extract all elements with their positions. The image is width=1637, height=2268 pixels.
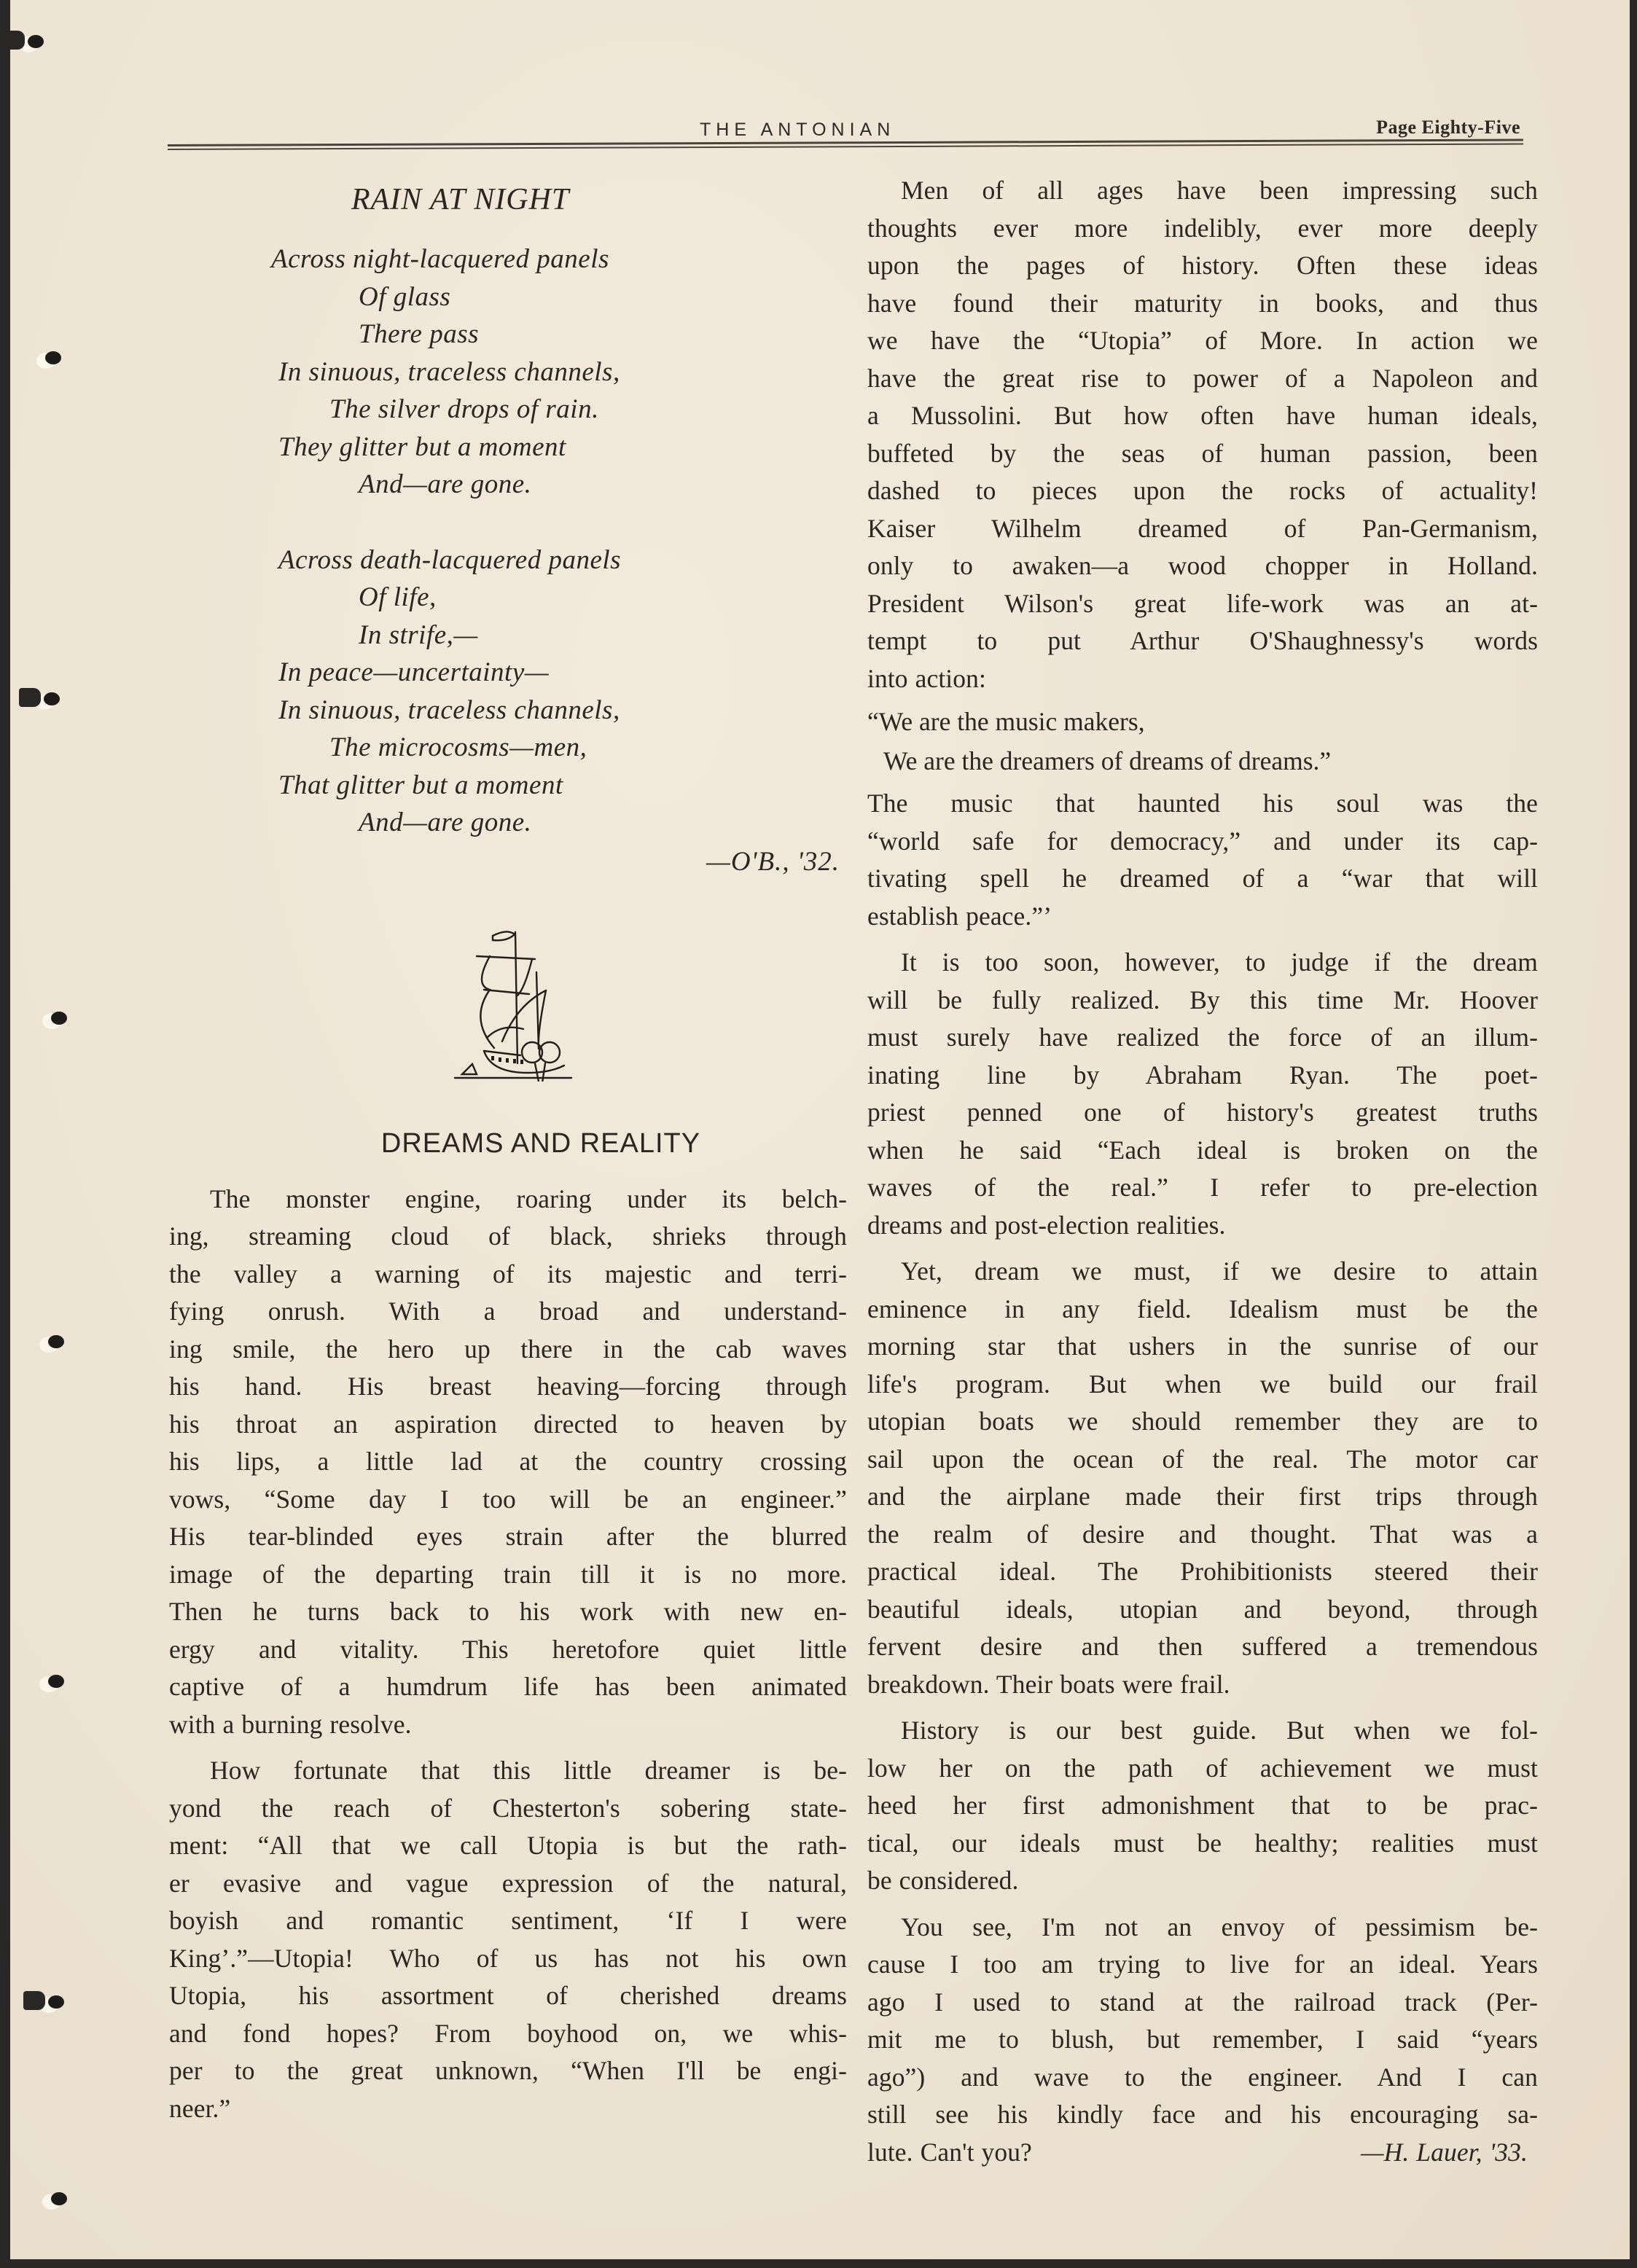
text-line: low her on the path of achievement we mu… — [867, 1750, 1538, 1788]
quote-line: “We are the music makers, — [867, 702, 1538, 741]
punch-hole — [48, 1675, 64, 1688]
text-line: we have the “Utopia” of More. In action … — [867, 322, 1538, 360]
text-line: the realm of desire and thought. That wa… — [867, 1516, 1538, 1554]
text-line: ergy and vitality. This heretofore quiet… — [169, 1631, 847, 1669]
text-line: life's program. But when we build our fr… — [867, 1366, 1538, 1404]
text-line: King’.”—Utopia! Who of us has not his ow… — [169, 1940, 847, 1978]
text-line: His tear-blinded eyes strain after the b… — [169, 1518, 847, 1556]
text-line: Then he turns back to his work with new … — [169, 1593, 847, 1631]
poem-signature: —O'B., '32. — [169, 846, 847, 877]
punch-hole — [48, 1995, 64, 2009]
poem-rain-at-night: RAIN AT NIGHT Across night-lacquered pan… — [169, 182, 847, 877]
verse-line: In peace—uncertainty— — [271, 654, 847, 692]
text-line: upon the pages of history. Often these i… — [867, 247, 1538, 285]
text-line: and fond hopes? From boyhood on, we whis… — [169, 2015, 847, 2053]
verse-line: In sinuous, traceless channels, — [271, 353, 847, 391]
text-line: practical ideal. The Prohibitionists ste… — [867, 1553, 1538, 1591]
text-line: Men of all ages have been impressing suc… — [867, 172, 1538, 210]
verse-line: The microcosms—men, — [271, 729, 847, 767]
essay-paragraph-7: History is our best guide. But when we f… — [867, 1712, 1538, 1900]
verse-line: They glitter but a moment — [271, 429, 847, 466]
text-line: Utopia, his assortment of cherished drea… — [169, 1977, 847, 2015]
text-line: ago”) and wave to the engineer. And I ca… — [867, 2059, 1538, 2097]
text-line: History is our best guide. But when we f… — [867, 1712, 1538, 1750]
right-column: Men of all ages have been impressing suc… — [867, 172, 1538, 2171]
text-line: You see, I'm not an envoy of pessimism b… — [867, 1909, 1538, 1947]
text-line: will be fully realized. By this time Mr.… — [867, 982, 1538, 1020]
text-line: only to awaken—a wood chopper in Holland… — [867, 547, 1538, 585]
poem-stanza-2: Across death-lacquered panels Of life, I… — [271, 541, 847, 842]
text-line: er evasive and vague expression of the n… — [169, 1865, 847, 1903]
text-line: beautiful ideals, utopian and beyond, th… — [867, 1591, 1538, 1629]
text-line: per to the great unknown, “When I'll be … — [169, 2052, 847, 2090]
text-line: when he said “Each ideal is broken on th… — [867, 1132, 1538, 1170]
essay-signature: —H. Lauer, '33. — [1361, 2134, 1538, 2172]
poem-stanza-1: Across night-lacquered panels Of glass T… — [271, 241, 847, 504]
illustration — [169, 914, 847, 1133]
text-line: captive of a humdrum life has been anima… — [169, 1668, 847, 1706]
text-line: lute. Can't you? —H. Lauer, '33. — [867, 2134, 1538, 2172]
verse-line: Of glass — [271, 278, 847, 316]
text-line: dreams and post-election realities. — [867, 1207, 1538, 1245]
text-line: and the airplane made their first trips … — [867, 1478, 1538, 1516]
text-line: ing, streaming cloud of black, shrieks t… — [169, 1218, 847, 1256]
text-line: establish peace.”’ — [867, 898, 1538, 936]
text-line: eminence in any field. Idealism must be … — [867, 1291, 1538, 1329]
text-line: ago I used to stand at the railroad trac… — [867, 1984, 1538, 2022]
magazine-page: THE ANTONIAN Page Eighty-Five RAIN AT NI… — [0, 0, 1630, 2259]
text-line: still see his kindly face and his encour… — [867, 2096, 1538, 2134]
text-line: thoughts ever more indelibly, ever more … — [867, 210, 1538, 248]
text-line: image of the departing train till it is … — [169, 1556, 847, 1594]
text-line: the valley a warning of its majestic and… — [169, 1256, 847, 1294]
quoted-verse: “We are the music makers, We are the dre… — [867, 702, 1538, 781]
text-line: cause I too am trying to live for an ide… — [867, 1946, 1538, 1984]
punch-hole — [51, 2192, 67, 2205]
running-head: THE ANTONIAN Page Eighty-Five — [168, 117, 1523, 160]
text-line: It is too soon, however, to judge if the… — [867, 944, 1538, 982]
text-line: have the great rise to power of a Napole… — [867, 360, 1538, 398]
text-line: a Mussolini. But how often have human id… — [867, 397, 1538, 435]
text-line: ing smile, the hero up there in the cab … — [169, 1331, 847, 1369]
text-line: into action: — [867, 660, 1538, 698]
text-line: his throat an aspiration directed to hea… — [169, 1406, 847, 1444]
essay-paragraph-2: How fortunate that this little dreamer i… — [169, 1752, 847, 2127]
text-line: fervent desire and then suffered a treme… — [867, 1628, 1538, 1666]
text-line: tical, our ideals must be healthy; reali… — [867, 1825, 1538, 1863]
text-line: neer.” — [169, 2090, 847, 2128]
punch-hole — [44, 692, 60, 705]
punch-hole — [45, 351, 61, 364]
verse-line: And—are gone. — [271, 804, 847, 842]
verse-line: There pass — [271, 316, 847, 353]
text-line: “world safe for democracy,” and under it… — [867, 823, 1538, 861]
text-line: President Wilson's great life-work was a… — [867, 585, 1538, 623]
essay-paragraph-1: The monster engine, roaring under its be… — [169, 1181, 847, 1744]
text-line: utopian boats we should remember they ar… — [867, 1403, 1538, 1441]
closing-line: lute. Can't you? — [867, 2138, 1032, 2167]
essay-paragraph-5: It is too soon, however, to judge if the… — [867, 944, 1538, 1244]
text-line: waves of the real.” I refer to pre-elect… — [867, 1169, 1538, 1207]
text-line: How fortunate that this little dreamer i… — [169, 1752, 847, 1790]
verse-line: In sinuous, traceless channels, — [271, 692, 847, 730]
left-column: RAIN AT NIGHT Across night-lacquered pan… — [169, 175, 847, 2127]
quote-line: We are the dreamers of dreams of dreams.… — [867, 741, 1538, 781]
text-line: fying onrush. With a broad and understan… — [169, 1293, 847, 1331]
punch-hole — [51, 1012, 67, 1025]
essay-paragraph-3: Men of all ages have been impressing suc… — [867, 172, 1538, 697]
text-line: ment: “All that we call Utopia is but th… — [169, 1827, 847, 1865]
text-line: The music that haunted his soul was the — [867, 785, 1538, 823]
verse-line: Across night-lacquered panels — [271, 241, 847, 278]
page-number: Page Eighty-Five — [1376, 117, 1520, 138]
poem-title: RAIN AT NIGHT — [169, 182, 847, 241]
text-line: Yet, dream we must, if we desire to atta… — [867, 1253, 1538, 1291]
text-line: boyish and romantic sentiment, ‘If I wer… — [169, 1902, 847, 1940]
text-line: morning star that ushers in the sunrise … — [867, 1328, 1538, 1366]
text-line: tempt to put Arthur O'Shaughnessy's word… — [867, 622, 1538, 660]
text-line: mit me to blush, but remember, I said “y… — [867, 2021, 1538, 2059]
essay-paragraph-6: Yet, dream we must, if we desire to atta… — [867, 1253, 1538, 1703]
text-line: his lips, a little lad at the country cr… — [169, 1443, 847, 1481]
text-line: Kaiser Wilhelm dreamed of Pan-Germanism, — [867, 510, 1538, 548]
verse-line: In strife,— — [271, 617, 847, 654]
text-line: vows, “Some day I too will be an enginee… — [169, 1481, 847, 1519]
verse-line: The silver drops of rain. — [271, 391, 847, 429]
text-line: sail upon the ocean of the real. The mot… — [867, 1441, 1538, 1479]
sailing-ship-icon — [440, 914, 586, 1082]
text-line: breakdown. Their boats were frail. — [867, 1666, 1538, 1704]
text-line: with a burning resolve. — [169, 1706, 847, 1744]
text-line: have found their maturity in books, and … — [867, 285, 1538, 323]
punch-hole — [48, 1335, 64, 1348]
text-line: be considered. — [867, 1862, 1538, 1900]
text-line: priest penned one of history's greatest … — [867, 1094, 1538, 1132]
text-line: The monster engine, roaring under its be… — [169, 1181, 847, 1219]
binding-edge — [0, 0, 10, 2259]
text-line: yond the reach of Chesterton's sobering … — [169, 1790, 847, 1828]
essay-paragraph-8: You see, I'm not an envoy of pessimism b… — [867, 1909, 1538, 2172]
verse-line: That glitter but a moment — [271, 767, 847, 805]
text-line: heed her first admonishment that to be p… — [867, 1787, 1538, 1825]
text-line: dashed to pieces upon the rocks of actua… — [867, 472, 1538, 510]
verse-line: Of life, — [271, 579, 847, 617]
text-line: tivating spell he dreamed of a “war that… — [867, 860, 1538, 898]
verse-line: Across death-lacquered panels — [271, 541, 847, 579]
verse-line: And—are gone. — [271, 466, 847, 504]
essay-title: DREAMS AND REALITY — [169, 1128, 847, 1181]
text-line: inating line by Abraham Ryan. The poet- — [867, 1057, 1538, 1095]
text-line: his hand. His breast heaving—forcing thr… — [169, 1368, 847, 1406]
publication-title: THE ANTONIAN — [700, 120, 895, 141]
text-line: buffeted by the seas of human passion, b… — [867, 435, 1538, 473]
essay-paragraph-4: The music that haunted his soul was the … — [867, 785, 1538, 935]
text-line: must surely have realized the force of a… — [867, 1019, 1538, 1057]
punch-hole — [28, 35, 44, 48]
